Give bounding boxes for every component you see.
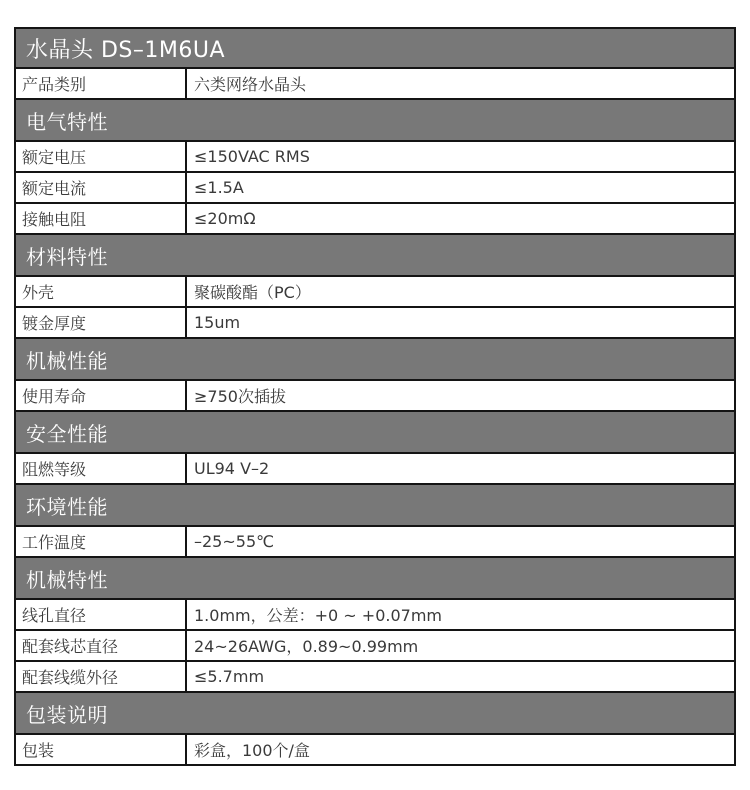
spec-value: 六类网络水晶头 xyxy=(186,68,735,99)
section-header-row: 包装说明 xyxy=(15,692,735,734)
product-spec-page: 水晶头 DS–1M6UA 产品类别 六类网络水晶头 电气特性 额定电压 ≤150… xyxy=(0,0,750,790)
spec-label: 使用寿命 xyxy=(15,380,186,411)
table-row: 产品类别 六类网络水晶头 xyxy=(15,68,735,99)
spec-label: 产品类别 xyxy=(15,68,186,99)
section-header: 机械性能 xyxy=(15,338,735,380)
table-row: 包装 彩盒，100个/盒 xyxy=(15,734,735,765)
spec-label: 额定电压 xyxy=(15,141,186,172)
spec-value: ≤5.7mm xyxy=(186,661,735,692)
section-header: 材料特性 xyxy=(15,234,735,276)
section-header: 安全性能 xyxy=(15,411,735,453)
spec-value: 15um xyxy=(186,307,735,338)
spec-label: 阻燃等级 xyxy=(15,453,186,484)
spec-label: 线孔直径 xyxy=(15,599,186,630)
table-row: 线孔直径 1.0mm，公差：+0 ~ +0.07mm xyxy=(15,599,735,630)
table-row: 配套线芯直径 24~26AWG，0.89~0.99mm xyxy=(15,630,735,661)
table-row: 使用寿命 ≥750次插拔 xyxy=(15,380,735,411)
spec-label: 镀金厚度 xyxy=(15,307,186,338)
section-header: 包装说明 xyxy=(15,692,735,734)
spec-value: 1.0mm，公差：+0 ~ +0.07mm xyxy=(186,599,735,630)
section-header-row: 环境性能 xyxy=(15,484,735,526)
section-header: 环境性能 xyxy=(15,484,735,526)
spec-label: 包装 xyxy=(15,734,186,765)
section-header-row: 电气特性 xyxy=(15,99,735,141)
table-row: 工作温度 –25~55℃ xyxy=(15,526,735,557)
spec-value: 24~26AWG，0.89~0.99mm xyxy=(186,630,735,661)
section-header: 机械特性 xyxy=(15,557,735,599)
page-title: 水晶头 DS–1M6UA xyxy=(15,28,735,68)
spec-label: 配套线芯直径 xyxy=(15,630,186,661)
section-header-row: 机械特性 xyxy=(15,557,735,599)
spec-value: UL94 V–2 xyxy=(186,453,735,484)
spec-value: ≤150VAC RMS xyxy=(186,141,735,172)
section-header-row: 安全性能 xyxy=(15,411,735,453)
table-row: 配套线缆外径 ≤5.7mm xyxy=(15,661,735,692)
section-header-row: 材料特性 xyxy=(15,234,735,276)
table-row: 额定电压 ≤150VAC RMS xyxy=(15,141,735,172)
spec-label: 工作温度 xyxy=(15,526,186,557)
spec-label: 接触电阻 xyxy=(15,203,186,234)
spec-value: 聚碳酸酯（PC） xyxy=(186,276,735,307)
section-header-row: 机械性能 xyxy=(15,338,735,380)
table-row: 外壳 聚碳酸酯（PC） xyxy=(15,276,735,307)
section-header: 电气特性 xyxy=(15,99,735,141)
table-row: 接触电阻 ≤20mΩ xyxy=(15,203,735,234)
spec-value: –25~55℃ xyxy=(186,526,735,557)
spec-value: ≥750次插拔 xyxy=(186,380,735,411)
table-row: 镀金厚度 15um xyxy=(15,307,735,338)
spec-label: 外壳 xyxy=(15,276,186,307)
spec-value: ≤20mΩ xyxy=(186,203,735,234)
spec-table: 水晶头 DS–1M6UA 产品类别 六类网络水晶头 电气特性 额定电压 ≤150… xyxy=(14,27,736,766)
spec-value: 彩盒，100个/盒 xyxy=(186,734,735,765)
spec-label: 额定电流 xyxy=(15,172,186,203)
spec-value: ≤1.5A xyxy=(186,172,735,203)
spec-label: 配套线缆外径 xyxy=(15,661,186,692)
table-row: 阻燃等级 UL94 V–2 xyxy=(15,453,735,484)
table-row: 额定电流 ≤1.5A xyxy=(15,172,735,203)
table-title-row: 水晶头 DS–1M6UA xyxy=(15,28,735,68)
